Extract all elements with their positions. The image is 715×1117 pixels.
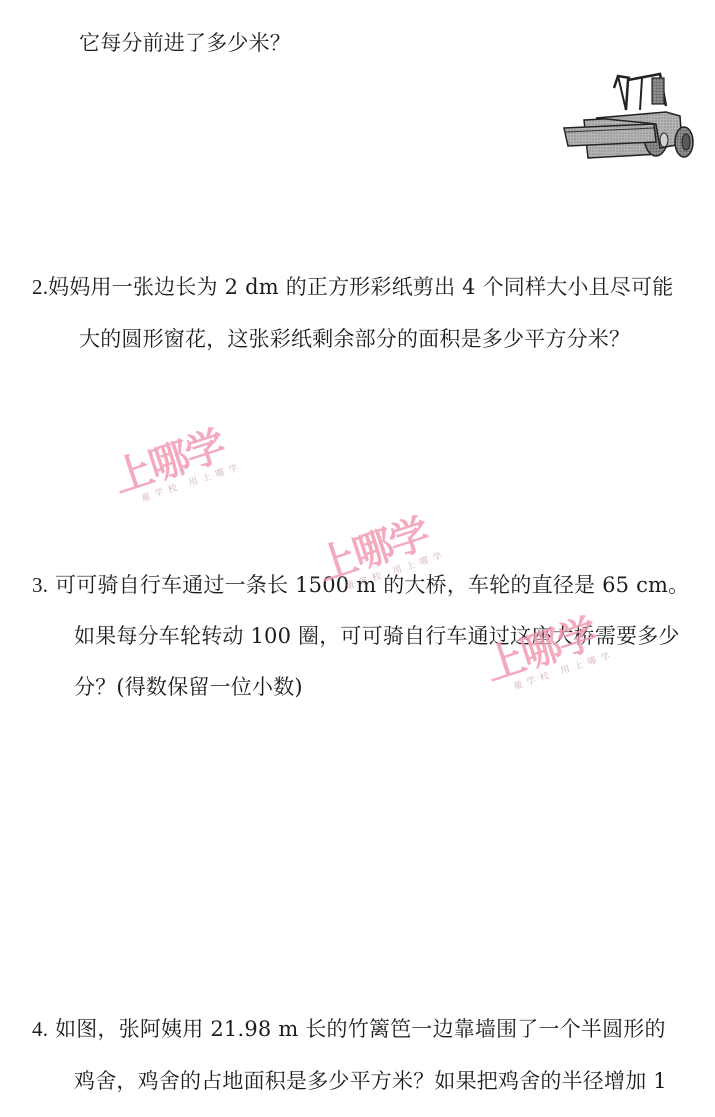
problem-2-text-1: 妈妈用一张边长为 2 dm 的正方形彩纸剪出 4 个同样大小且尽可能 [48,275,673,299]
problem-3-line-3: 分？(得数保留一位小数) [74,672,303,702]
problem-2-line-1: 2.妈妈用一张边长为 2 dm 的正方形彩纸剪出 4 个同样大小且尽可能 [32,272,673,302]
problem-3-number: 3. [32,573,48,597]
watermark-subtext: 童学校 用上哪学 [512,649,616,693]
problem-3-text-1: 可可骑自行车通过一条长 1500 m 的大桥，车轮的直径是 65 cm。 [55,573,689,597]
problem-3-line-2: 如果每分车轮转动 100 圈，可可骑自行车通过这座大桥需要多少 [74,621,680,651]
problem-1-question-line: 它每分前进了多少米？ [79,28,291,58]
road-roller-illustration [556,66,696,162]
problem-2-line-2: 大的圆形窗花，这张彩纸剩余部分的面积是多少平方分米？ [79,324,630,354]
watermark-subtext: 童学校 用上哪学 [140,461,244,505]
watermark-text: 上哪学 [108,421,241,500]
problem-2-number: 2. [32,275,48,299]
problem-4-line-2: 鸡舍，鸡舍的占地面积是多少平方米？如果把鸡舍的半径增加 1 [74,1066,667,1096]
problem-4-number: 4. [32,1017,48,1041]
problem-4-text-1: 如图，张阿姨用 21.98 m 长的竹篱笆一边靠墙围了一个半圆形的 [55,1017,666,1041]
problem-3-line-1: 3. 可可骑自行车通过一条长 1500 m 的大桥，车轮的直径是 65 cm。 [32,570,689,600]
watermark-logo: 上哪学 童学校 用上哪学 [108,421,244,511]
problem-4-line-1: 4. 如图，张阿姨用 21.98 m 长的竹篱笆一边靠墙围了一个半圆形的 [32,1014,666,1044]
